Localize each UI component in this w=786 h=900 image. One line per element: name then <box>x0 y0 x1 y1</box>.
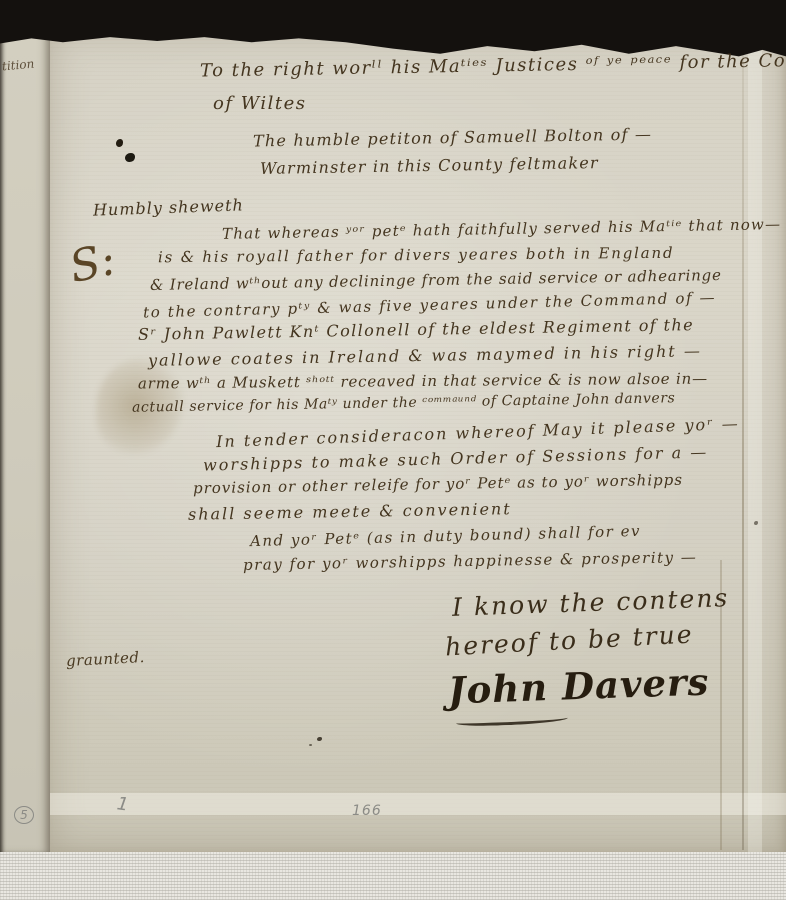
paper-tonal-band <box>50 793 786 815</box>
corner-folio-mark: 5 <box>14 806 34 824</box>
edge-fragment-text: tition <box>1 57 34 74</box>
manuscript-photo: tition To the right worˡˡ his Maᵗⁱᵉˢ Jus… <box>0 0 786 900</box>
backing-mesh-texture <box>0 846 786 900</box>
circled-number: 5 <box>14 806 34 824</box>
signature: John Davers <box>447 659 710 712</box>
heading-line-2: of Wiltes <box>213 93 307 114</box>
ink-speck <box>309 744 312 746</box>
vertical-fold-crease <box>742 40 744 850</box>
facing-folio-edge <box>0 30 50 852</box>
pencil-page-number: 166 <box>352 803 382 819</box>
paper-right-edge-highlight <box>748 40 762 852</box>
